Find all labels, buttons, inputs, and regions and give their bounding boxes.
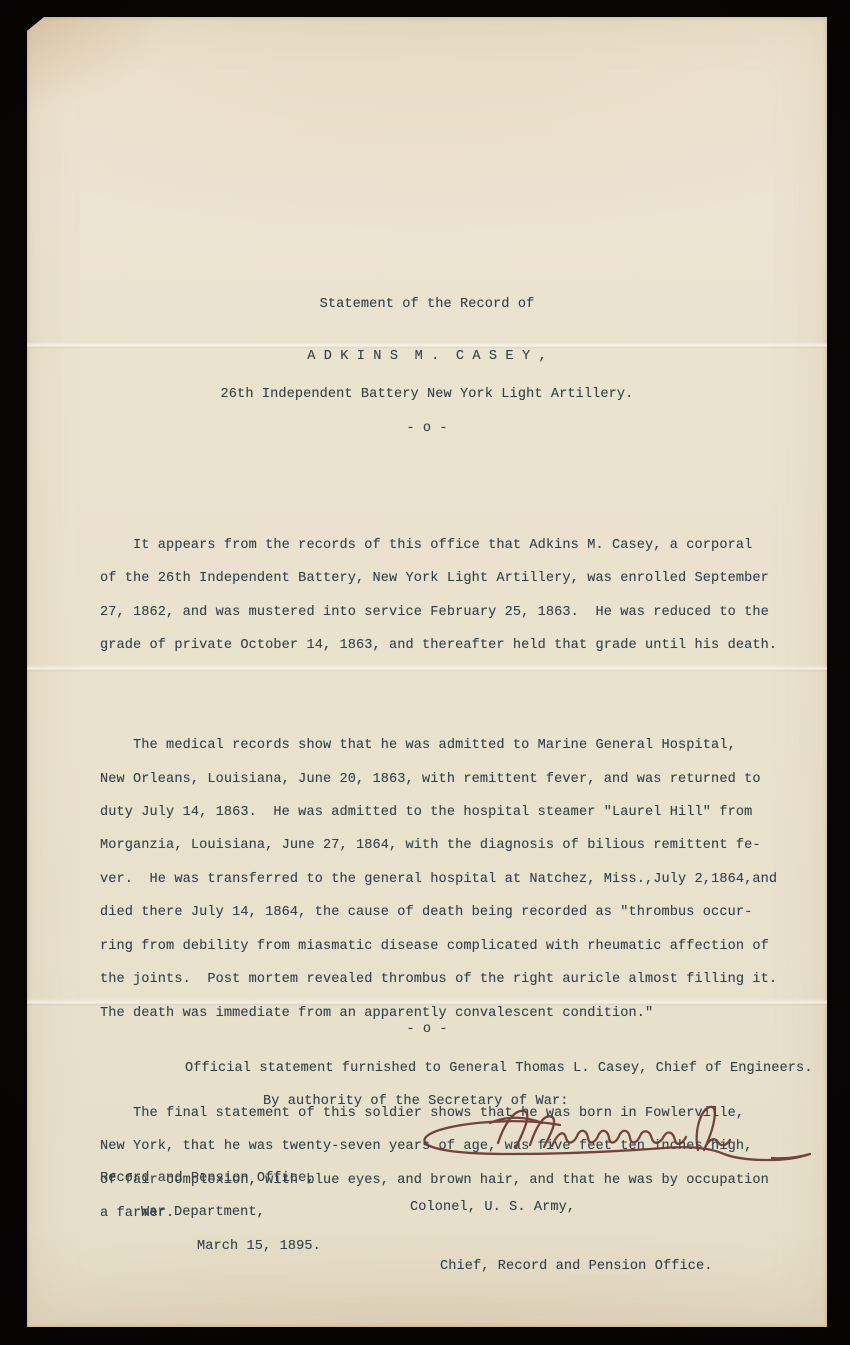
soldier-name-heading: A D K I N S M . C A S E Y , — [27, 349, 827, 364]
footer-department-line: War Department, — [141, 1205, 265, 1220]
document-title: Statement of the Record of — [27, 297, 827, 312]
signer-office-line: Chief, Record and Pension Office. — [440, 1257, 713, 1277]
separator-mark-bottom: - o - — [27, 1022, 827, 1037]
signer-rank-line: Colonel, U. S. Army, — [410, 1198, 713, 1218]
signer-title-block: Colonel, U. S. Army, Chief, Record and P… — [410, 1159, 713, 1315]
document-paper: Statement of the Record of A D K I N S M… — [27, 17, 827, 1327]
paragraph-service-record: It appears from the records of this offi… — [100, 529, 812, 663]
footer-office-line: Record and Pension Office, — [100, 1171, 315, 1186]
footer-date-line: March 15, 1895. — [197, 1239, 321, 1254]
separator-mark-top: - o - — [27, 421, 827, 436]
paragraph-medical-record: The medical records show that he was adm… — [100, 729, 812, 1030]
photo-background: Statement of the Record of A D K I N S M… — [0, 0, 850, 1345]
fold-crease-top — [27, 342, 827, 349]
unit-heading: 26th Independent Battery New York Light … — [27, 387, 827, 402]
official-statement-line: Official statement furnished to General … — [185, 1061, 813, 1076]
